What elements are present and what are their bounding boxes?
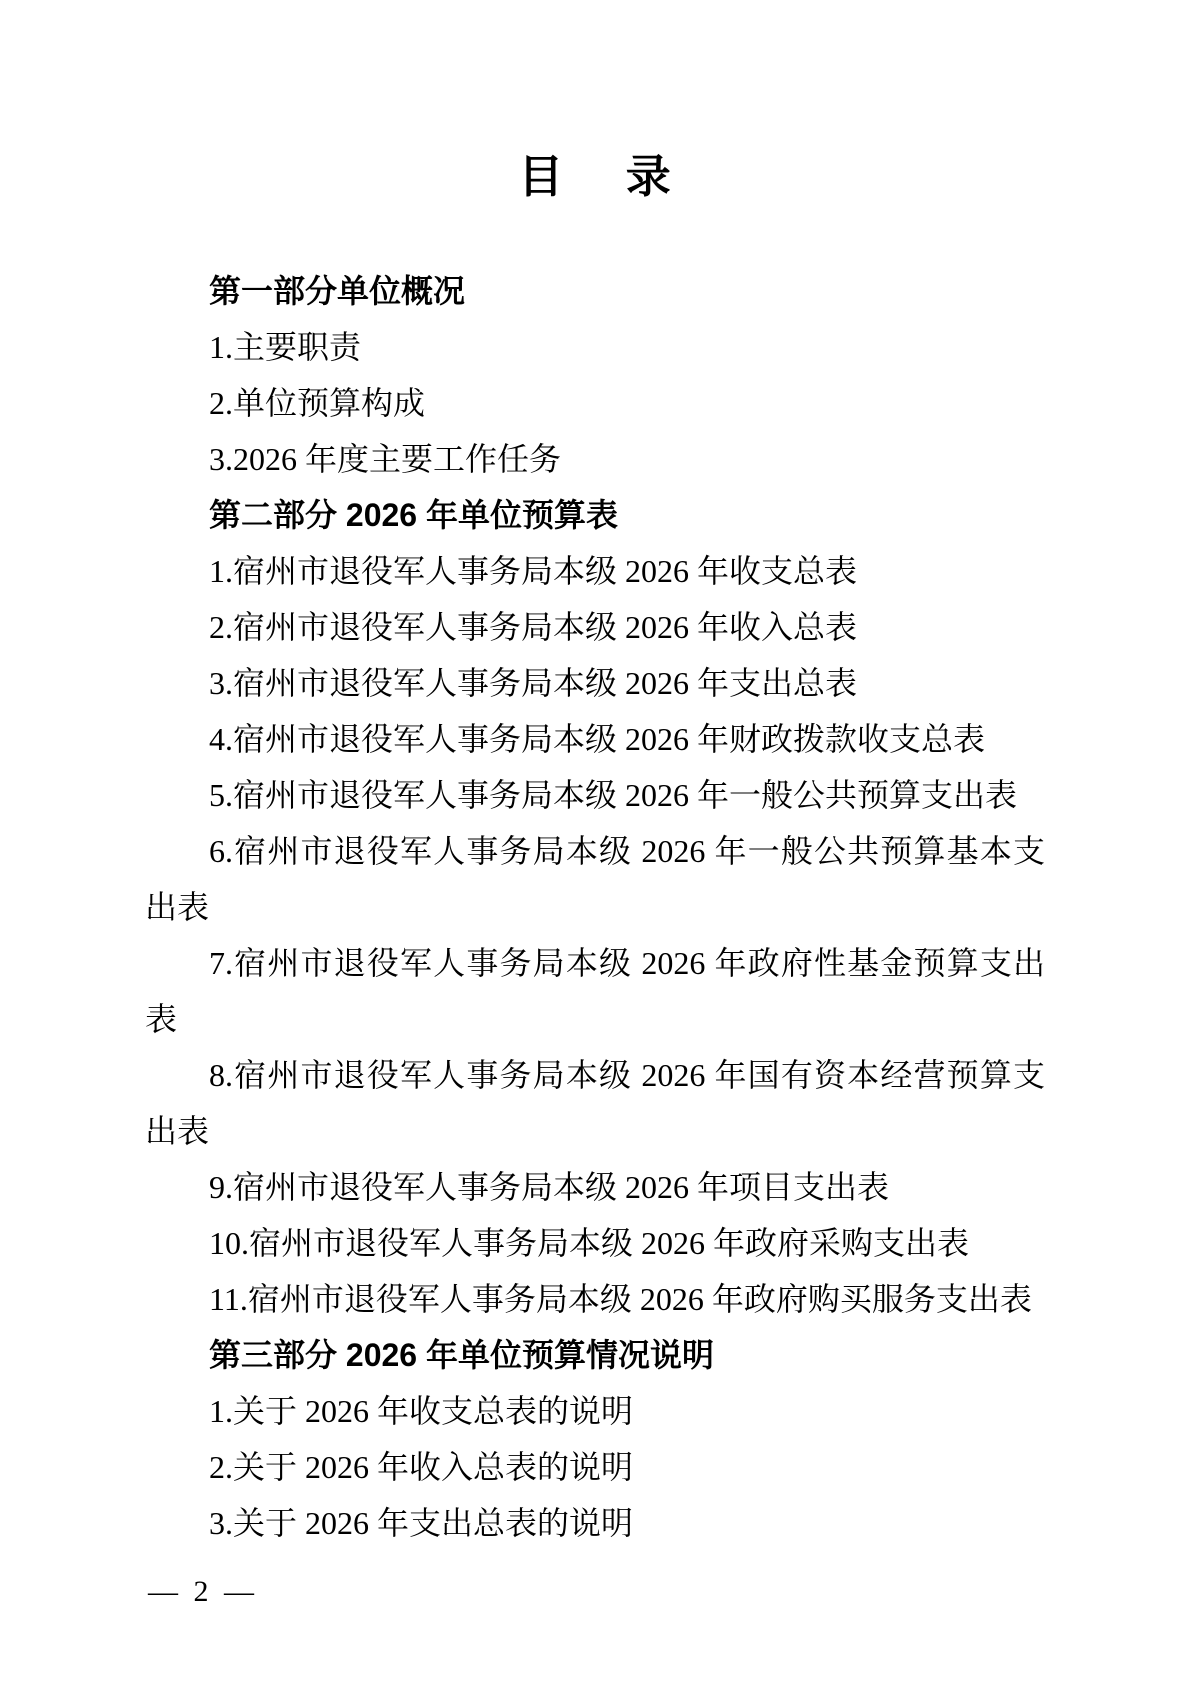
toc-item: 7.宿州市退役军人事务局本级 2026 年政府性基金预算支出表	[145, 935, 1045, 1047]
toc-item: 1.主要职责	[145, 319, 1045, 375]
page-title: 目 录	[0, 153, 1190, 201]
toc-section-heading: 第二部分 2026 年单位预算表	[145, 487, 1045, 543]
page-footer: — 2 —	[148, 1574, 254, 1610]
document-page: 目 录 第一部分单位概况1.主要职责2.单位预算构成3.2026 年度主要工作任…	[0, 0, 1190, 1683]
toc-item: 1.宿州市退役军人事务局本级 2026 年收支总表	[145, 543, 1045, 599]
toc-item: 11.宿州市退役军人事务局本级 2026 年政府购买服务支出表	[145, 1271, 1045, 1327]
toc-section-heading: 第三部分 2026 年单位预算情况说明	[145, 1327, 1045, 1383]
toc-section-heading: 第一部分单位概况	[145, 263, 1045, 319]
toc-item: 10.宿州市退役军人事务局本级 2026 年政府采购支出表	[145, 1215, 1045, 1271]
page-number: — 2 —	[148, 1575, 254, 1608]
toc-item: 2.关于 2026 年收入总表的说明	[145, 1439, 1045, 1495]
toc-item: 5.宿州市退役军人事务局本级 2026 年一般公共预算支出表	[145, 767, 1045, 823]
toc-item: 9.宿州市退役军人事务局本级 2026 年项目支出表	[145, 1159, 1045, 1215]
toc-item: 3.宿州市退役军人事务局本级 2026 年支出总表	[145, 655, 1045, 711]
toc-item: 1.关于 2026 年收支总表的说明	[145, 1383, 1045, 1439]
toc-item: 8.宿州市退役军人事务局本级 2026 年国有资本经营预算支出表	[145, 1047, 1045, 1159]
toc-item: 4.宿州市退役军人事务局本级 2026 年财政拨款收支总表	[145, 711, 1045, 767]
table-of-contents: 第一部分单位概况1.主要职责2.单位预算构成3.2026 年度主要工作任务第二部…	[145, 263, 1045, 1551]
toc-item: 3.关于 2026 年支出总表的说明	[145, 1495, 1045, 1551]
toc-item: 6.宿州市退役军人事务局本级 2026 年一般公共预算基本支出表	[145, 823, 1045, 935]
toc-item: 3.2026 年度主要工作任务	[145, 431, 1045, 487]
toc-item: 2.单位预算构成	[145, 375, 1045, 431]
toc-item: 2.宿州市退役军人事务局本级 2026 年收入总表	[145, 599, 1045, 655]
